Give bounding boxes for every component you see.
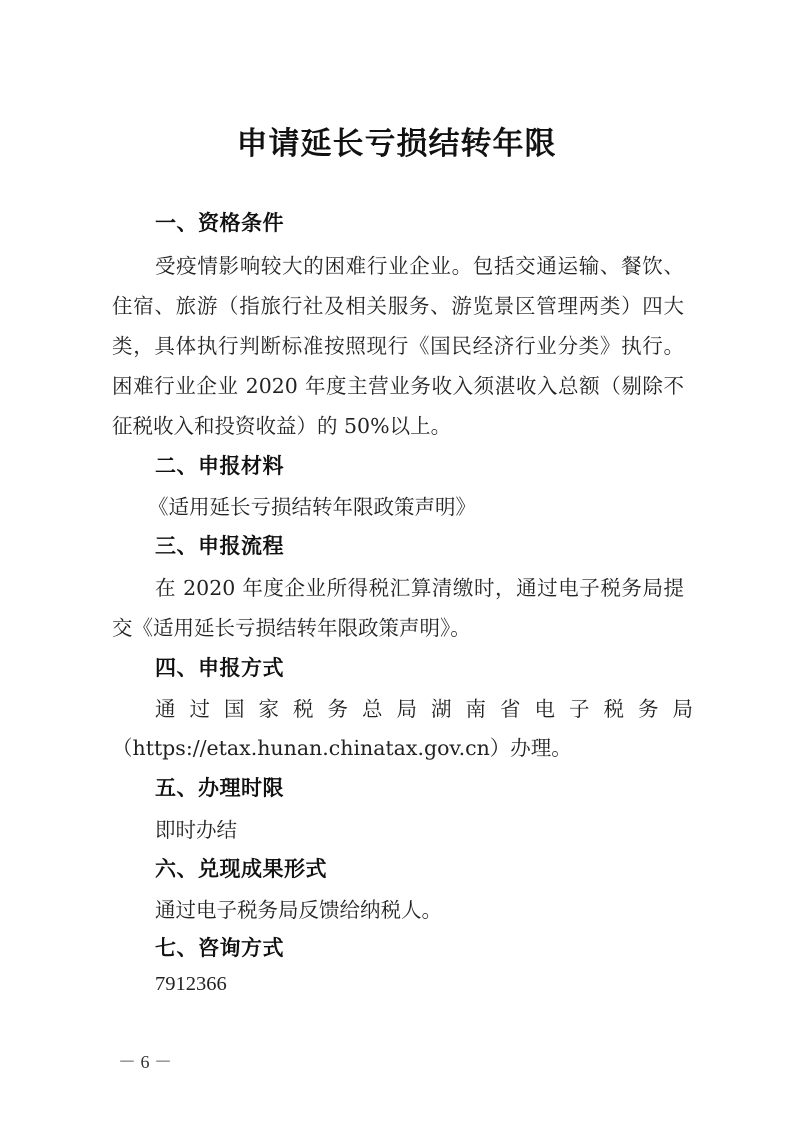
section-heading-time-limit: 五、办理时限 xyxy=(155,772,284,802)
contact-phone: 7912366 xyxy=(155,973,227,996)
section-heading-result-form: 六、兑现成果形式 xyxy=(155,853,327,883)
paragraph-line: 征税收入和投资收益）的 50%以上。 xyxy=(112,409,451,439)
website-link-line: （https://etax.hunan.chinatax.gov.cn）办理。 xyxy=(112,731,572,761)
paragraph-line: 通过电子税务局反馈给纳税人。 xyxy=(155,893,442,923)
section-heading-materials: 二、申报材料 xyxy=(155,450,284,480)
section-heading-contact: 七、咨询方式 xyxy=(155,932,284,962)
paragraph-line: 住宿、旅游（指旅行社及相关服务、游览景区管理两类）四大 xyxy=(112,289,684,319)
page-number: － 6 － xyxy=(118,1048,172,1074)
paragraph-line: 交《适用延长亏损结转年限政策声明》。 xyxy=(112,611,471,641)
paragraph-line: 通过国家税务总局湖南省电子税务局 xyxy=(155,692,684,722)
paragraph-line: 受疫情影响较大的困难行业企业。包括交通运输、餐饮、 xyxy=(155,249,684,279)
section-heading-eligibility: 一、资格条件 xyxy=(155,207,284,237)
paragraph-line: 困难行业企业 2020 年度主营业务收入须湛收入总额（剔除不 xyxy=(112,369,684,399)
paragraph-line: 《适用延长亏损结转年限政策声明》 xyxy=(148,490,476,520)
section-heading-process: 三、申报流程 xyxy=(155,530,284,560)
paragraph-line: 即时办结 xyxy=(155,813,237,843)
document-title: 申请延长亏损结转年限 xyxy=(0,118,793,163)
section-heading-method: 四、申报方式 xyxy=(155,652,284,682)
paragraph-line: 类，具体执行判断标准按照现行《国民经济行业分类》执行。 xyxy=(112,329,684,359)
paragraph-line: 在 2020 年度企业所得税汇算清缴时，通过电子税务局提 xyxy=(155,571,684,601)
